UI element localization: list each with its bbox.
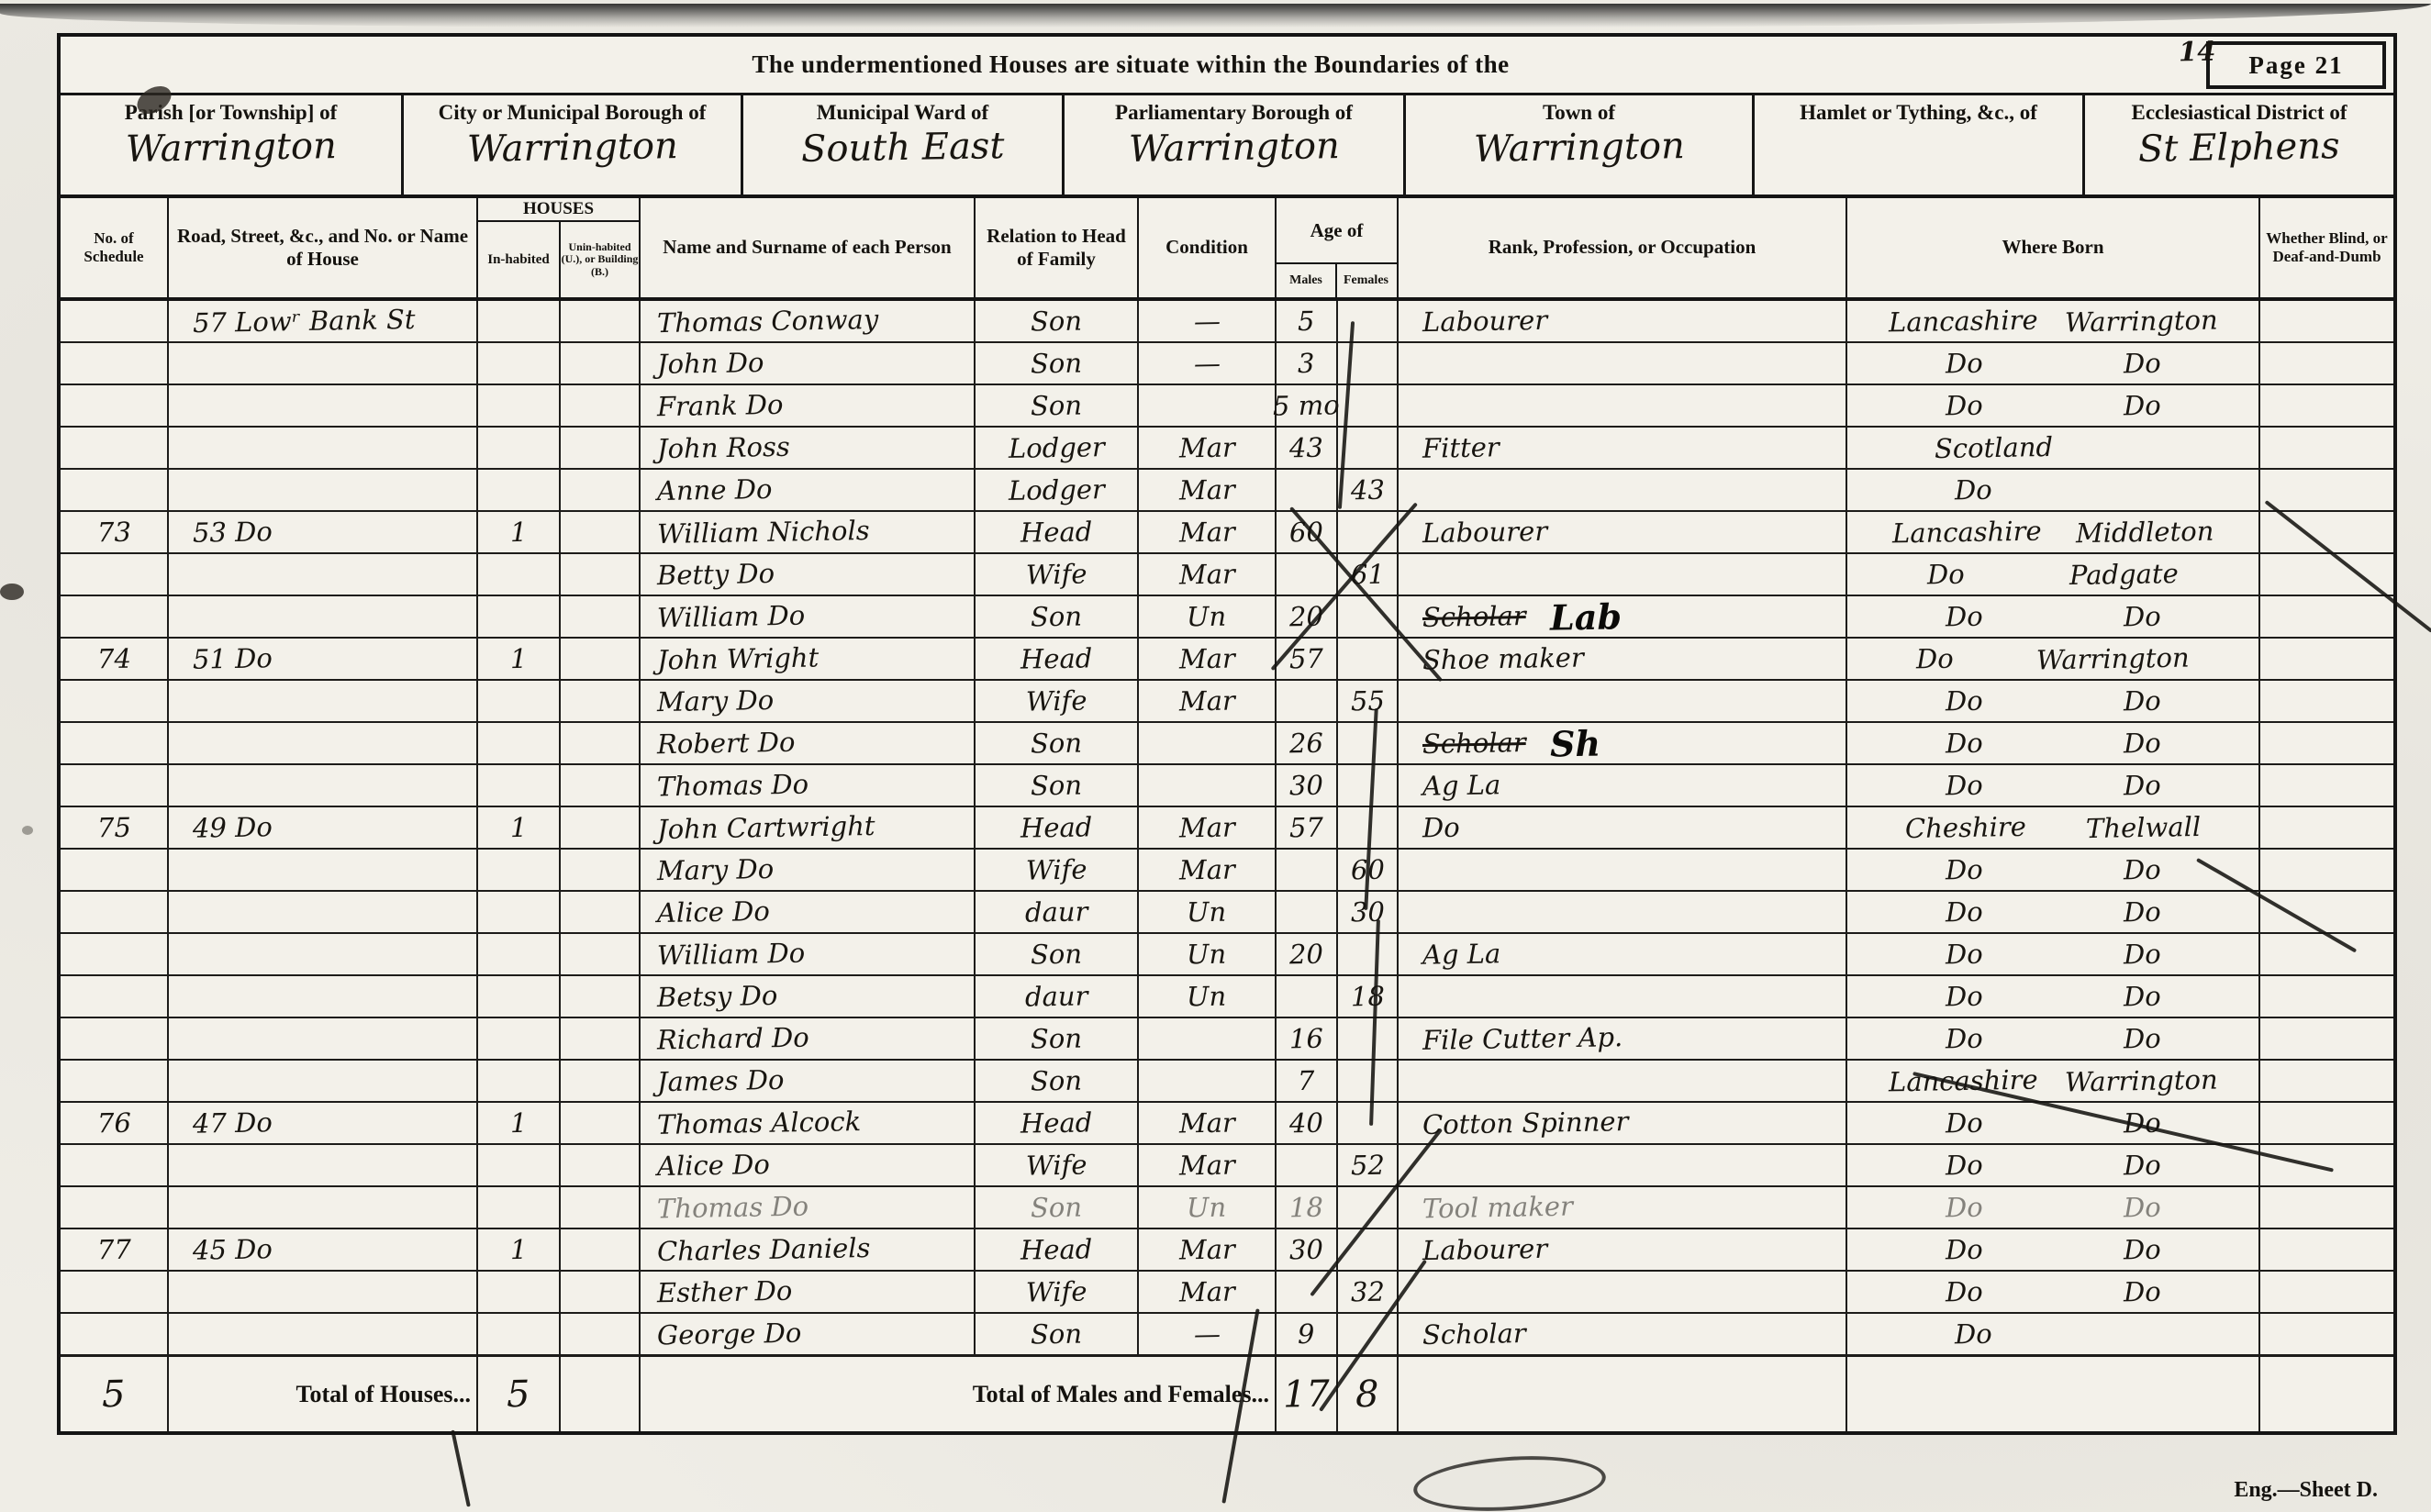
row-17-uninhabited — [561, 976, 641, 1018]
row-21-age-males — [1277, 1145, 1338, 1187]
row-7-condition: Mar — [1139, 554, 1277, 596]
district-value-handwritten: South East — [800, 126, 1004, 172]
row-14-relation: Wife — [976, 850, 1139, 892]
row-18-uninhabited — [561, 1018, 641, 1061]
born-entry: Do — [1945, 1192, 1982, 1224]
row-3-condition — [1139, 385, 1277, 428]
age-females-entry: 55 — [1350, 685, 1384, 717]
age-males-entry: 40 — [1289, 1107, 1323, 1140]
born-entry: Do — [1945, 1023, 1982, 1055]
relation-entry: daur — [1025, 980, 1088, 1012]
district-value-handwritten: Warrington — [466, 125, 678, 171]
row-16-uninhabited — [561, 934, 641, 976]
condition-entry: Mar — [1178, 1149, 1234, 1181]
district-label: Municipal Ward of — [817, 101, 988, 125]
row-4-uninhabited — [561, 428, 641, 470]
name-entry: Thomas Conway — [657, 304, 879, 339]
row-24-inhabited — [478, 1272, 561, 1314]
col-females: Females — [1337, 264, 1395, 297]
born-entry: Middleton — [2076, 516, 2214, 550]
road-entry: 47 Do — [193, 1106, 273, 1140]
col-uninhabited: Unin-habited (U.), or Building (B.) — [561, 222, 639, 297]
row-3-occupation — [1399, 385, 1847, 428]
condition-entry: Mar — [1178, 853, 1234, 885]
row-16-schedule — [61, 934, 169, 976]
district-value-handwritten: Warrington — [1473, 125, 1685, 171]
row-23-uninhabited — [561, 1229, 641, 1272]
row-2-born: DoDo — [1847, 343, 2260, 385]
row-12-infirmity — [2260, 765, 2393, 807]
row-6-name: William Nichols — [641, 512, 976, 554]
relation-entry: Son — [1031, 939, 1083, 971]
row-17-born: DoDo — [1847, 976, 2260, 1018]
born-entry: Do — [1955, 474, 1992, 506]
row-13-uninhabited — [561, 807, 641, 850]
row-10-age-males — [1277, 681, 1338, 723]
row-5-born: Do — [1847, 470, 2260, 512]
row-5-road — [169, 470, 478, 512]
relation-entry: Head — [1020, 1106, 1093, 1139]
row-18-road — [169, 1018, 478, 1061]
row-14-uninhabited — [561, 850, 641, 892]
row-11-schedule — [61, 723, 169, 765]
district-cell-5: Hamlet or Tything, &c., of — [1755, 95, 2085, 195]
row-17-inhabited — [478, 976, 561, 1018]
row-11-condition — [1139, 723, 1277, 765]
born-entry: Do — [1945, 601, 1982, 633]
row-1-born: LancashireWarrington — [1847, 301, 2260, 343]
condition-entry: Mar — [1178, 1233, 1234, 1265]
row-5-name: Anne Do — [641, 470, 976, 512]
row-23-born: DoDo — [1847, 1229, 2260, 1272]
page-number-label: Page 21 — [2248, 51, 2343, 80]
row-5-condition: Mar — [1139, 470, 1277, 512]
row-14-born: DoDo — [1847, 850, 2260, 892]
row-5-inhabited — [478, 470, 561, 512]
born-entry: Do — [2123, 770, 2160, 802]
row-15-name: Alice Do — [641, 892, 976, 934]
occupation-entry: Cotton Spinner — [1422, 1106, 1629, 1140]
row-8-road — [169, 596, 478, 639]
row-17-age-females: 18 — [1338, 976, 1399, 1018]
col-infirmity: Whether Blind, or Deaf-and-Dumb — [2260, 198, 2393, 297]
row-6-inhabited: 1 — [478, 512, 561, 554]
district-cell-6: Ecclesiastical District ofSt Elphens — [2085, 95, 2393, 195]
row-15-occupation — [1399, 892, 1847, 934]
condition-entry: — — [1193, 1318, 1221, 1351]
row-18-age-females — [1338, 1018, 1399, 1061]
age-females-entry: 52 — [1350, 1150, 1384, 1182]
row-9-condition: Mar — [1139, 639, 1277, 681]
row-6-uninhabited — [561, 512, 641, 554]
row-6-born: LancashireMiddleton — [1847, 512, 2260, 554]
occupation-entry: Labourer — [1422, 1233, 1548, 1266]
row-13-occupation: Do — [1399, 807, 1847, 850]
row-16-age-males: 20 — [1277, 934, 1338, 976]
district-cell-3: Parliamentary Borough ofWarrington — [1065, 95, 1406, 195]
row-23-inhabited: 1 — [478, 1229, 561, 1272]
row-18-infirmity — [2260, 1018, 2393, 1061]
relation-entry: Wife — [1025, 853, 1087, 885]
col-born: Where Born — [1847, 198, 2260, 297]
name-entry: Anne Do — [657, 473, 773, 506]
row-3-relation: Son — [976, 385, 1139, 428]
row-11-inhabited — [478, 723, 561, 765]
row-7-road — [169, 554, 478, 596]
inhabited-entry: 1 — [509, 1107, 527, 1139]
row-8-condition: Un — [1139, 596, 1277, 639]
row-13-schedule: 75 — [61, 807, 169, 850]
occupation-entry: Labourer — [1422, 305, 1548, 338]
row-1-age-females — [1338, 301, 1399, 343]
name-entry: Mary Do — [657, 684, 775, 717]
born-entry: Do — [2123, 1150, 2160, 1182]
row-3-infirmity — [2260, 385, 2393, 428]
row-21-condition: Mar — [1139, 1145, 1277, 1187]
row-21-relation: Wife — [976, 1145, 1139, 1187]
row-10-relation: Wife — [976, 681, 1139, 723]
row-16-relation: Son — [976, 934, 1139, 976]
row-12-relation: Son — [976, 765, 1139, 807]
relation-entry: Son — [1031, 1065, 1083, 1097]
relation-entry: Wife — [1025, 558, 1087, 590]
row-20-inhabited: 1 — [478, 1103, 561, 1145]
district-label: Ecclesiastical District of — [2131, 101, 2347, 125]
row-13-relation: Head — [976, 807, 1139, 850]
born-entry: Do — [1945, 1150, 1982, 1182]
occupation-correction: Sh — [1549, 722, 1600, 764]
row-23-age-males: 30 — [1277, 1229, 1338, 1272]
name-entry: William Do — [657, 938, 806, 972]
name-entry: Thomas Do — [657, 769, 809, 803]
row-5-relation: Lodger — [976, 470, 1139, 512]
row-22-road — [169, 1187, 478, 1229]
row-8-name: William Do — [641, 596, 976, 639]
row-4-age-males: 43 — [1277, 428, 1338, 470]
row-22-schedule — [61, 1187, 169, 1229]
row-13-road: 49 Do — [169, 807, 478, 850]
name-entry: Esther Do — [657, 1275, 793, 1309]
road-entry: 51 Do — [193, 642, 273, 675]
row-8-schedule — [61, 596, 169, 639]
row-6-road: 53 Do — [169, 512, 478, 554]
row-17-relation: daur — [976, 976, 1139, 1018]
inhabited-entry: 1 — [509, 812, 527, 843]
row-4-road — [169, 428, 478, 470]
age-males-entry: 43 — [1289, 432, 1323, 464]
row-2-road — [169, 343, 478, 385]
name-entry: Richard Do — [657, 1022, 809, 1056]
occupation-entry: Tool maker — [1422, 1191, 1573, 1225]
col-condition: Condition — [1139, 198, 1277, 297]
row-1-inhabited — [478, 301, 561, 343]
age-females-entry: 43 — [1350, 474, 1384, 506]
name-entry: Betty Do — [657, 558, 775, 591]
row-11-age-females — [1338, 723, 1399, 765]
row-6-relation: Head — [976, 512, 1139, 554]
condition-entry: Mar — [1178, 642, 1234, 674]
totals-spacer-4 — [2260, 1357, 2393, 1431]
born-entry: Do — [1945, 770, 1982, 802]
row-18-schedule — [61, 1018, 169, 1061]
row-20-infirmity — [2260, 1103, 2393, 1145]
row-14-road — [169, 850, 478, 892]
row-25-age-females — [1338, 1314, 1399, 1356]
district-label: Hamlet or Tything, &c., of — [1800, 101, 2037, 125]
row-17-condition: Un — [1139, 976, 1277, 1018]
row-5-occupation — [1399, 470, 1847, 512]
occupation-entry: Do — [1422, 812, 1460, 844]
row-3-road — [169, 385, 478, 428]
row-2-name: John Do — [641, 343, 976, 385]
row-25-infirmity — [2260, 1314, 2393, 1356]
totals-spacer-3 — [1847, 1357, 2260, 1431]
row-10-born: DoDo — [1847, 681, 2260, 723]
row-6-condition: Mar — [1139, 512, 1277, 554]
row-9-name: John Wright — [641, 639, 976, 681]
district-cell-4: Town ofWarrington — [1406, 95, 1755, 195]
born-entry: Do — [2123, 601, 2160, 633]
relation-entry: Son — [1031, 306, 1083, 338]
row-20-uninhabited — [561, 1103, 641, 1145]
district-cell-2: Municipal Ward ofSouth East — [743, 95, 1065, 195]
relation-entry: Wife — [1025, 1149, 1087, 1181]
col-occupation: Rank, Profession, or Occupation — [1399, 198, 1847, 297]
row-20-relation: Head — [976, 1103, 1139, 1145]
col-houses-group: HOUSES In-habited Unin-habited (U.), or … — [478, 198, 641, 297]
born-entry: Do — [2123, 1192, 2160, 1224]
born-entry: Do — [1945, 348, 1982, 380]
row-4-relation: Lodger — [976, 428, 1139, 470]
row-19-born: LancashireWarrington — [1847, 1061, 2260, 1103]
row-16-condition: Un — [1139, 934, 1277, 976]
row-18-name: Richard Do — [641, 1018, 976, 1061]
row-16-infirmity — [2260, 934, 2393, 976]
row-9-relation: Head — [976, 639, 1139, 681]
schedule-entry: 76 — [96, 1107, 130, 1140]
born-entry: Do — [2123, 1276, 2160, 1308]
row-4-inhabited — [478, 428, 561, 470]
road-entry: 49 Do — [193, 811, 273, 844]
row-2-schedule — [61, 343, 169, 385]
row-10-uninhabited — [561, 681, 641, 723]
age-females-entry: 32 — [1350, 1276, 1384, 1308]
scan-smudge — [0, 584, 24, 600]
handwritten-folio-number: 14 — [2179, 36, 2216, 68]
row-15-infirmity — [2260, 892, 2393, 934]
row-19-occupation — [1399, 1061, 1847, 1103]
row-18-inhabited — [478, 1018, 561, 1061]
row-16-inhabited — [478, 934, 561, 976]
row-4-schedule — [61, 428, 169, 470]
relation-entry: Son — [1031, 728, 1083, 760]
row-18-relation: Son — [976, 1018, 1139, 1061]
condition-entry: Un — [1187, 601, 1227, 633]
row-2-condition: — — [1139, 343, 1277, 385]
row-1-name: Thomas Conway — [641, 301, 976, 343]
name-entry: Robert Do — [657, 727, 796, 761]
name-entry: Thomas Do — [657, 1191, 809, 1225]
born-entry: Lancashire — [1888, 305, 2037, 339]
row-15-schedule — [61, 892, 169, 934]
row-7-age-males — [1277, 554, 1338, 596]
row-12-age-males: 30 — [1277, 765, 1338, 807]
condition-entry: Un — [1187, 939, 1227, 971]
row-14-inhabited — [478, 850, 561, 892]
age-males-entry: 7 — [1298, 1065, 1315, 1096]
condition-entry: Mar — [1178, 684, 1234, 717]
row-20-schedule: 76 — [61, 1103, 169, 1145]
row-11-occupation: ScholarSh — [1399, 723, 1847, 765]
row-24-schedule — [61, 1272, 169, 1314]
name-entry: William Nichols — [657, 515, 870, 550]
row-18-born: DoDo — [1847, 1018, 2260, 1061]
row-8-age-females — [1338, 596, 1399, 639]
page-number-box: 14 Page 21 — [2206, 41, 2386, 89]
row-18-condition — [1139, 1018, 1277, 1061]
inhabited-entry: 1 — [509, 1234, 527, 1265]
row-19-age-males: 7 — [1277, 1061, 1338, 1103]
district-value-handwritten: Warrington — [1128, 125, 1340, 171]
row-6-occupation: Labourer — [1399, 512, 1847, 554]
row-17-name: Betsy Do — [641, 976, 976, 1018]
occupation-entry: Ag La — [1422, 769, 1501, 801]
row-23-condition: Mar — [1139, 1229, 1277, 1272]
row-1-road: 57 Lowʳ Bank St — [169, 301, 478, 343]
age-males-entry: 9 — [1298, 1318, 1315, 1350]
row-3-born: DoDo — [1847, 385, 2260, 428]
occupation-entry: Labourer — [1422, 516, 1548, 549]
row-24-condition: Mar — [1139, 1272, 1277, 1314]
row-15-relation: daur — [976, 892, 1139, 934]
totals-spacer-2 — [1399, 1357, 1847, 1431]
occupation-correction: Lab — [1549, 595, 1622, 638]
row-24-born: DoDo — [1847, 1272, 2260, 1314]
row-7-uninhabited — [561, 554, 641, 596]
condition-entry: Mar — [1178, 431, 1234, 463]
row-9-inhabited: 1 — [478, 639, 561, 681]
row-9-schedule: 74 — [61, 639, 169, 681]
col-relation: Relation to Head of Family — [976, 198, 1139, 297]
row-5-infirmity — [2260, 470, 2393, 512]
born-entry: Lancashire — [1891, 516, 2041, 550]
name-entry: Frank Do — [657, 389, 784, 422]
row-1-infirmity — [2260, 301, 2393, 343]
row-11-name: Robert Do — [641, 723, 976, 765]
row-20-condition: Mar — [1139, 1103, 1277, 1145]
row-16-road — [169, 934, 478, 976]
total-houses-value: 5 — [478, 1357, 561, 1431]
inhabited-entry: 1 — [509, 517, 527, 548]
row-1-age-males: 5 — [1277, 301, 1338, 343]
age-males-entry: 30 — [1289, 1234, 1323, 1266]
age-males-entry: 5 mo — [1273, 389, 1340, 421]
row-11-born: DoDo — [1847, 723, 2260, 765]
row-11-road — [169, 723, 478, 765]
road-entry: 57 Lowʳ Bank St — [193, 304, 416, 339]
born-entry: Warrington — [2036, 642, 2190, 676]
row-11-relation: Son — [976, 723, 1139, 765]
row-10-age-females: 55 — [1338, 681, 1399, 723]
row-12-born: DoDo — [1847, 765, 2260, 807]
name-entry: Charles Daniels — [657, 1232, 871, 1267]
condition-entry: — — [1193, 348, 1221, 380]
row-15-uninhabited — [561, 892, 641, 934]
row-21-name: Alice Do — [641, 1145, 976, 1187]
row-7-born: DoPadgate — [1847, 554, 2260, 596]
relation-entry: Son — [1031, 1023, 1083, 1055]
age-males-entry: 5 — [1298, 306, 1315, 337]
born-entry: Do — [1945, 854, 1982, 886]
condition-entry: Mar — [1178, 558, 1234, 590]
born-entry: Do — [2123, 896, 2160, 928]
relation-entry: Head — [1020, 811, 1093, 843]
age-males-entry: 57 — [1289, 812, 1323, 844]
age-males-entry: 3 — [1298, 348, 1315, 379]
born-entry: Do — [2123, 728, 2160, 760]
row-25-name: George Do — [641, 1314, 976, 1356]
row-25-road — [169, 1314, 478, 1356]
row-5-age-males — [1277, 470, 1338, 512]
age-males-entry: 26 — [1289, 728, 1323, 760]
district-label: Town of — [1543, 101, 1615, 125]
row-2-infirmity — [2260, 343, 2393, 385]
row-8-inhabited — [478, 596, 561, 639]
row-18-occupation: File Cutter Ap. — [1399, 1018, 1847, 1061]
row-14-condition: Mar — [1139, 850, 1277, 892]
born-entry: Do — [1945, 1107, 1982, 1140]
occupation-entry: Fitter — [1422, 431, 1500, 463]
row-24-relation: Wife — [976, 1272, 1139, 1314]
row-7-inhabited — [478, 554, 561, 596]
row-23-road: 45 Do — [169, 1229, 478, 1272]
district-header-row: Parish [or Township] ofWarringtonCity or… — [61, 95, 2393, 198]
row-19-inhabited — [478, 1061, 561, 1103]
row-2-inhabited — [478, 343, 561, 385]
row-23-infirmity — [2260, 1229, 2393, 1272]
row-9-age-females — [1338, 639, 1399, 681]
row-8-infirmity — [2260, 596, 2393, 639]
row-24-occupation — [1399, 1272, 1847, 1314]
row-3-name: Frank Do — [641, 385, 976, 428]
row-25-inhabited — [478, 1314, 561, 1356]
born-entry: Do — [1927, 559, 1965, 591]
row-20-age-males: 40 — [1277, 1103, 1338, 1145]
row-10-road — [169, 681, 478, 723]
age-males-entry: 57 — [1289, 643, 1323, 675]
row-21-born: DoDo — [1847, 1145, 2260, 1187]
row-24-uninhabited — [561, 1272, 641, 1314]
row-4-name: John Ross — [641, 428, 976, 470]
row-2-relation: Son — [976, 343, 1139, 385]
row-11-uninhabited — [561, 723, 641, 765]
row-20-age-females — [1338, 1103, 1399, 1145]
row-21-age-females: 52 — [1338, 1145, 1399, 1187]
row-7-name: Betty Do — [641, 554, 976, 596]
born-entry: Cheshire — [1904, 811, 2025, 844]
row-24-infirmity — [2260, 1272, 2393, 1314]
totals-spacer-1 — [561, 1357, 641, 1431]
row-13-name: John Cartwright — [641, 807, 976, 850]
born-entry: Do — [1955, 1318, 1992, 1351]
row-23-relation: Head — [976, 1229, 1139, 1272]
road-entry: 45 Do — [193, 1233, 273, 1266]
row-13-age-males: 57 — [1277, 807, 1338, 850]
district-cell-0: Parish [or Township] ofWarrington — [61, 95, 404, 195]
row-12-road — [169, 765, 478, 807]
row-9-born: DoWarrington — [1847, 639, 2260, 681]
born-entry: Do — [1945, 728, 1982, 760]
